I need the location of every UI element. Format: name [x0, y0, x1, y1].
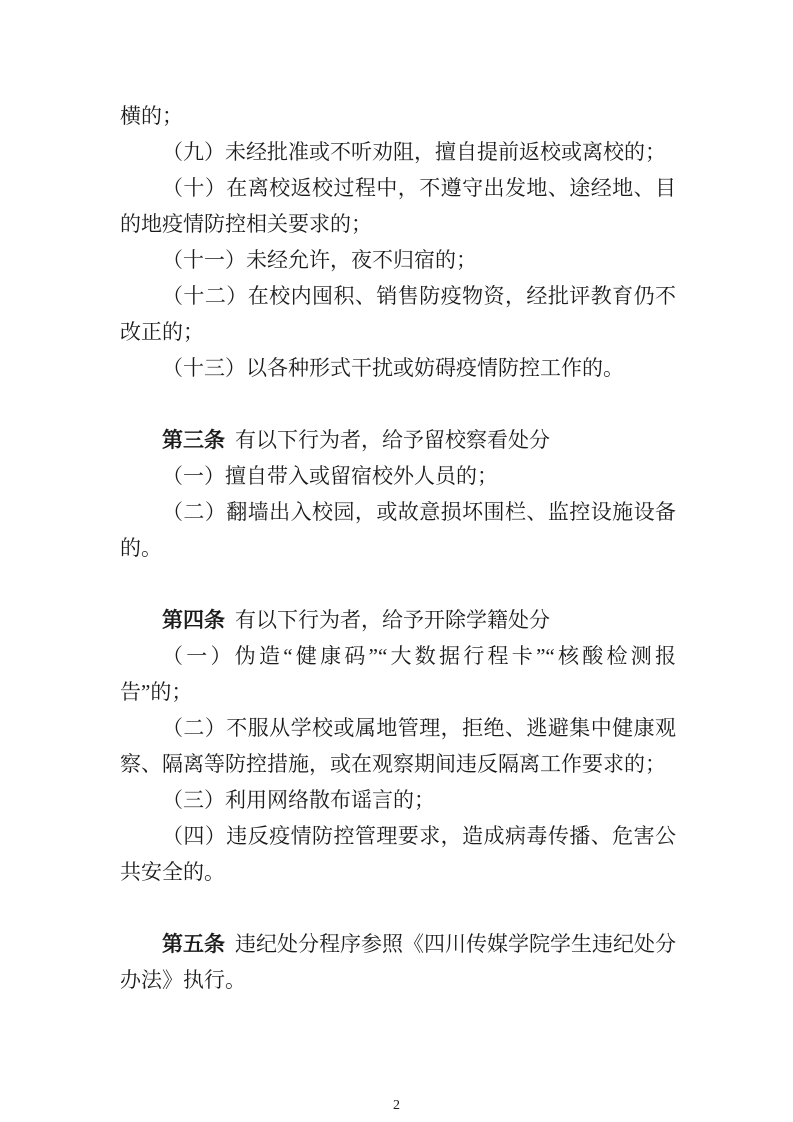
paragraph: （九）未经批准或不听劝阻，擅自提前返校或离校的；	[120, 134, 676, 170]
paragraph: （一）伪造“健康码”“大数据行程卡”“核酸检测报告”的；	[120, 638, 676, 710]
article-heading: 第五条违纪处分程序参照《四川传媒学院学生违纪处分办法》执行。	[120, 926, 676, 998]
paragraph: （十三）以各种形式干扰或妨碍疫情防控工作的。	[120, 350, 676, 386]
article-number-label: 第四条	[162, 608, 225, 632]
paragraph: （三）利用网络散布谣言的；	[120, 782, 676, 818]
paragraph: （十）在离校返校过程中，不遵守出发地、途经地、目的地疫情防控相关要求的；	[120, 170, 676, 242]
article-number-label: 第五条	[162, 932, 225, 956]
paragraph: （十二）在校内囤积、销售防疫物资，经批评教育仍不改正的；	[120, 278, 676, 350]
article-heading: 第三条有以下行为者，给予留校察看处分	[120, 422, 676, 458]
paragraph: 横的；	[120, 98, 676, 134]
document-page: 横的；（九）未经批准或不听劝阻，擅自提前返校或离校的；（十）在离校返校过程中，不…	[0, 0, 793, 1122]
paragraph: （四）违反疫情防控管理要求，造成病毒传播、危害公共安全的。	[120, 818, 676, 890]
paragraph: （一）擅自带入或留宿校外人员的；	[120, 458, 676, 494]
page-number: 2	[0, 1097, 793, 1115]
paragraph: （十一）未经允许，夜不归宿的；	[120, 242, 676, 278]
article-heading: 第四条有以下行为者，给予开除学籍处分	[120, 602, 676, 638]
paragraph: （二）不服从学校或属地管理，拒绝、逃避集中健康观察、隔离等防控措施，或在观察期间…	[120, 710, 676, 782]
document-body: 横的；（九）未经批准或不听劝阻，擅自提前返校或离校的；（十）在离校返校过程中，不…	[120, 98, 676, 998]
article-number-label: 第三条	[162, 428, 225, 452]
paragraph: （二）翻墙出入校园，或故意损坏围栏、监控设施设备的。	[120, 494, 676, 566]
